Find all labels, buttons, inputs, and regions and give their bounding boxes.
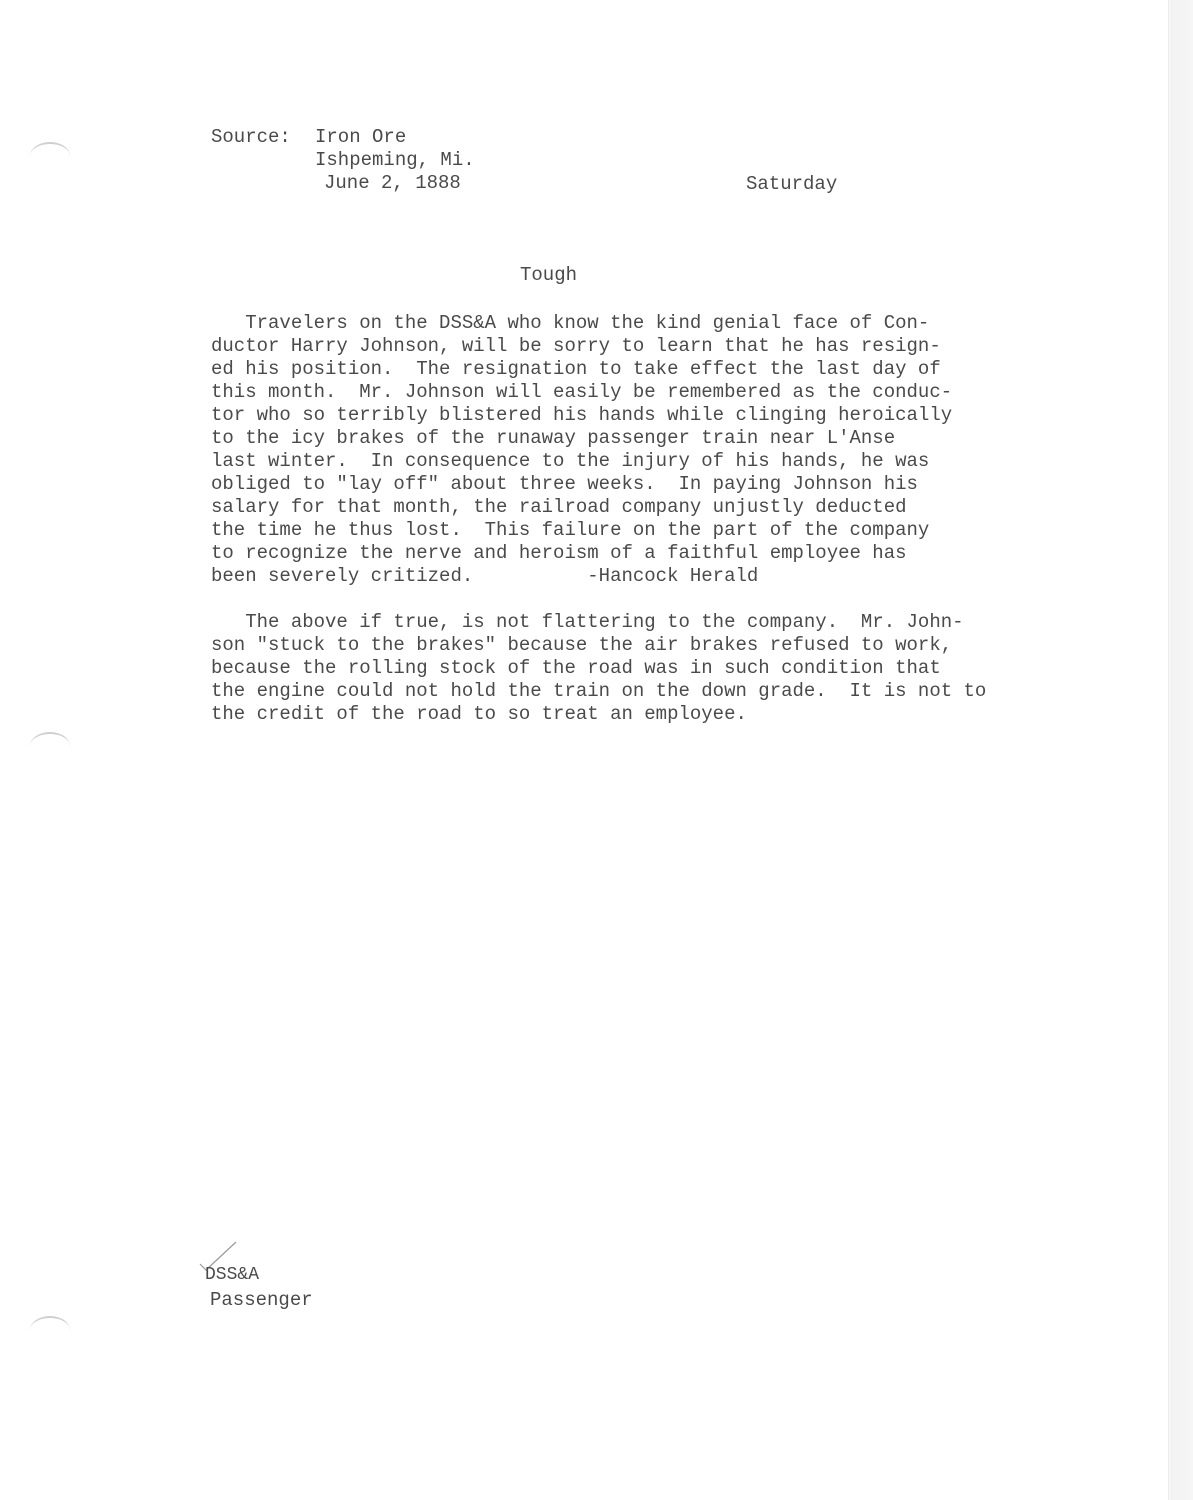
text-line: obliged to "lay off" about three weeks. … xyxy=(211,473,918,496)
punch-hole-mark-top xyxy=(30,142,70,170)
text-line: to recognize the nerve and heroism of a … xyxy=(211,542,907,565)
text-line: to the icy brakes of the runaway passeng… xyxy=(211,427,895,450)
article-title: Tough xyxy=(520,264,577,287)
source-name: Iron Ore xyxy=(315,126,406,149)
text-line: Travelers on the DSS&A who know the kind… xyxy=(211,312,929,335)
source-location: Ishpeming, Mi. xyxy=(315,149,475,172)
text-line: because the rolling stock of the road wa… xyxy=(211,657,941,680)
text-line: son "stuck to the brakes" because the ai… xyxy=(211,634,952,657)
subcategory-label: Passenger xyxy=(210,1289,313,1312)
text-line: the credit of the road to so treat an em… xyxy=(211,703,747,726)
text-line: tor who so terribly blistered his hands … xyxy=(211,404,952,427)
text-line: ed his position. The resignation to take… xyxy=(211,358,941,381)
text-line: The above if true, is not flattering to … xyxy=(211,611,964,634)
text-line: ductor Harry Johnson, will be sorry to l… xyxy=(211,335,941,358)
page-edge xyxy=(1168,0,1193,1500)
weekday: Saturday xyxy=(746,173,837,196)
text-line: salary for that month, the railroad comp… xyxy=(211,496,907,519)
punch-hole-mark-bottom xyxy=(30,1316,70,1344)
punch-hole-mark-middle xyxy=(30,732,70,760)
source-date: June 2, 1888 xyxy=(324,172,461,195)
text-line: this month. Mr. Johnson will easily be r… xyxy=(211,381,952,404)
attribution-line: been severely critized. -Hancock Herald xyxy=(211,565,758,588)
source-label: Source: xyxy=(211,126,291,149)
text-line: last winter. In consequence to the injur… xyxy=(211,450,929,473)
category-label: DSS&A xyxy=(205,1264,259,1287)
text-line: the engine could not hold the train on t… xyxy=(211,680,986,703)
text-line: the time he thus lost. This failure on t… xyxy=(211,519,929,542)
